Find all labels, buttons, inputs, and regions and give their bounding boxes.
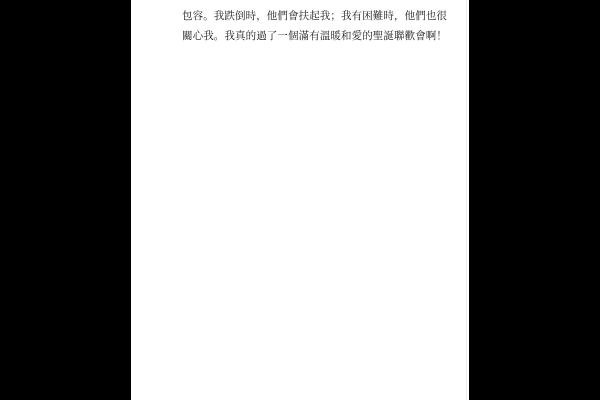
- paragraph: 包容。我跌倒時，他們會扶起我；我有困難時，他們也很 關心我。我真的過了一個滿有溫…: [182, 6, 432, 46]
- paragraph-line-2: 關心我。我真的過了一個滿有溫暖和愛的聖誕聯歡會啊！: [182, 26, 432, 46]
- page-edge-line: [466, 0, 467, 400]
- paragraph-line-1: 包容。我跌倒時，他們會扶起我；我有困難時，他們也很: [182, 6, 432, 26]
- document-page: 包容。我跌倒時，他們會扶起我；我有困難時，他們也很 關心我。我真的過了一個滿有溫…: [131, 0, 469, 400]
- document-viewer: 包容。我跌倒時，他們會扶起我；我有困難時，他們也很 關心我。我真的過了一個滿有溫…: [0, 0, 600, 400]
